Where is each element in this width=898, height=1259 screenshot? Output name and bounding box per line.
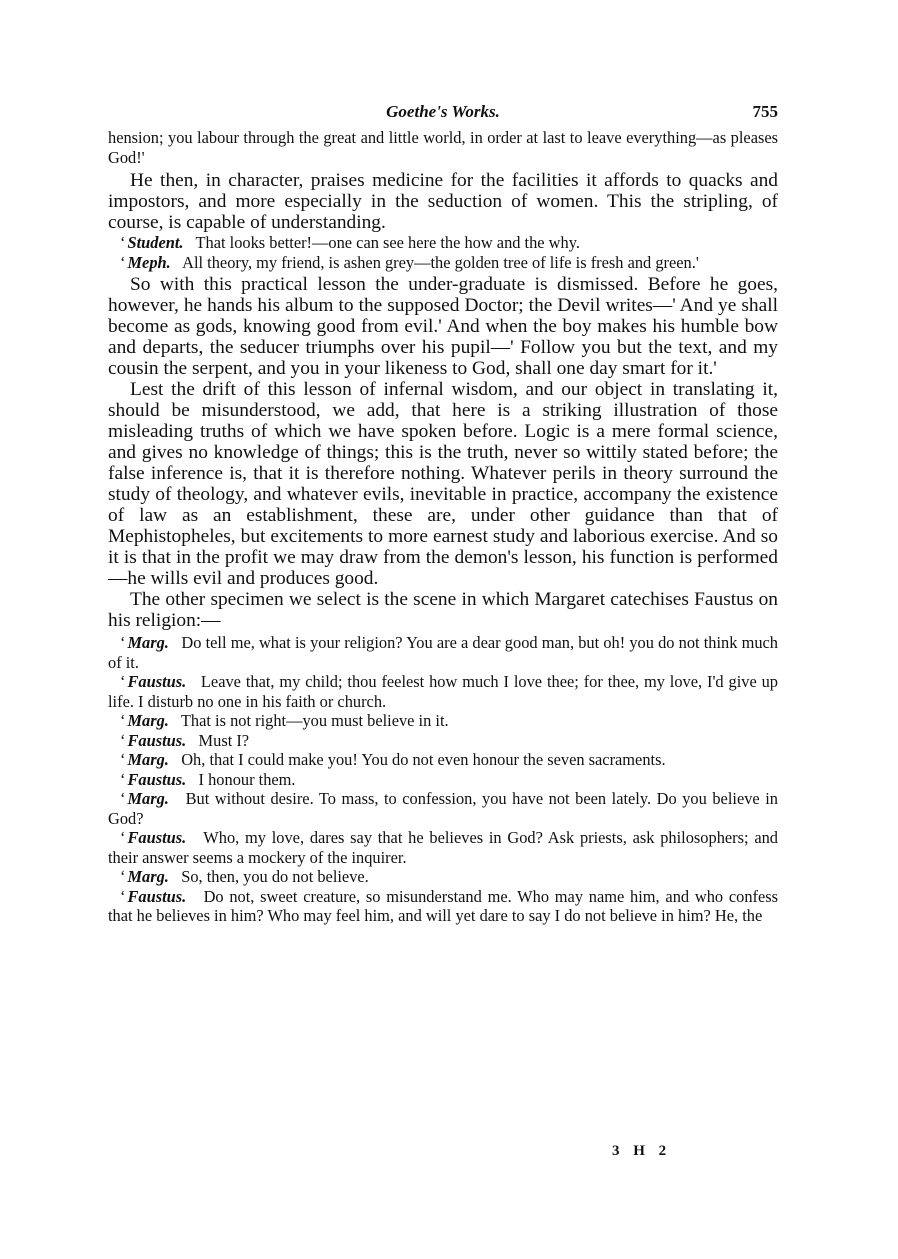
speaker-name: Marg. bbox=[127, 750, 168, 769]
dialogue-line: ‘Student. That looks better!—one can see… bbox=[108, 233, 778, 253]
paragraph: So with this practical lesson the under-… bbox=[108, 274, 778, 379]
speaker-name: Marg. bbox=[127, 633, 168, 652]
speaker-name: Faustus. bbox=[127, 887, 186, 906]
paragraph: The other specimen we select is the scen… bbox=[108, 589, 778, 631]
dialogue-line: ‘Marg. But without desire. To mass, to c… bbox=[108, 789, 778, 828]
continued-paragraph: hension; you labour through the great an… bbox=[108, 128, 778, 167]
book-page: Goethe's Works. 755 hension; you labour … bbox=[108, 100, 778, 926]
speaker-name: Marg. bbox=[127, 711, 168, 730]
paragraph: Lest the drift of this lesson of inferna… bbox=[108, 379, 778, 589]
dialogue-line: ‘Faustus. Must I? bbox=[108, 731, 778, 751]
running-head: Goethe's Works. 755 bbox=[108, 100, 778, 128]
dialogue-line: ‘Marg. Do tell me, what is your religion… bbox=[108, 633, 778, 672]
dialogue-line: ‘Marg. Oh, that I could make you! You do… bbox=[108, 750, 778, 770]
speaker-name: Marg. bbox=[127, 789, 168, 808]
speaker-name: Faustus. bbox=[127, 731, 186, 750]
speaker-name: Faustus. bbox=[127, 672, 186, 691]
dialogue-line: ‘Marg. So, then, you do not believe. bbox=[108, 867, 778, 887]
running-title: Goethe's Works. bbox=[108, 102, 778, 122]
page-number: 755 bbox=[753, 102, 779, 122]
speaker-name: Student. bbox=[127, 233, 183, 252]
dialogue-line: ‘Faustus. Do not, sweet creature, so mis… bbox=[108, 887, 778, 926]
dialogue-line: ‘Faustus. Who, my love, dares say that h… bbox=[108, 828, 778, 867]
dialogue-line: ‘Meph. All theory, my friend, is ashen g… bbox=[108, 253, 778, 273]
dialogue-line: ‘Faustus. Leave that, my child; thou fee… bbox=[108, 672, 778, 711]
speaker-name: Faustus. bbox=[127, 828, 186, 847]
paragraph: He then, in character, praises medicine … bbox=[108, 170, 778, 233]
speaker-name: Meph. bbox=[127, 253, 170, 272]
dialogue-line: ‘Marg. That is not right—you must believ… bbox=[108, 711, 778, 731]
signature-mark: 3 H 2 bbox=[612, 1143, 671, 1160]
speaker-name: Faustus. bbox=[127, 770, 186, 789]
speaker-name: Marg. bbox=[127, 867, 168, 886]
dialogue-line: ‘Faustus. I honour them. bbox=[108, 770, 778, 790]
